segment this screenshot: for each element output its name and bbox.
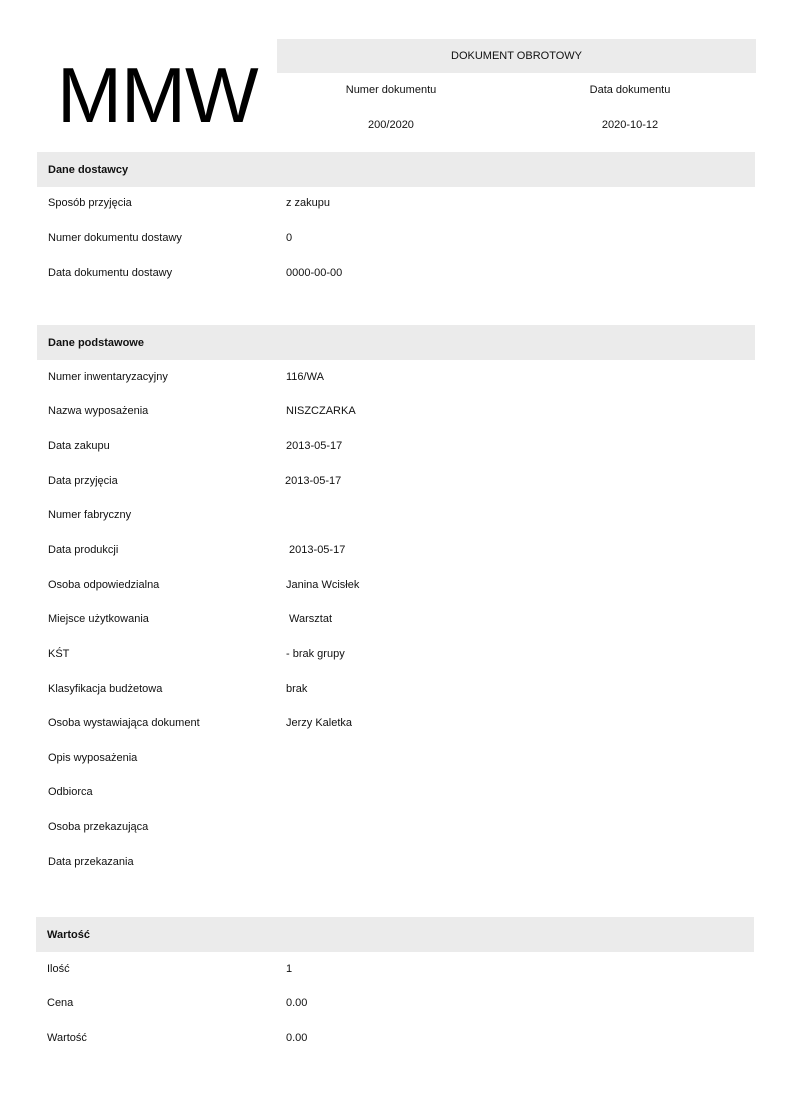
field-label: Osoba przekazująca	[48, 821, 148, 833]
field-value: 2013-05-17	[286, 544, 345, 556]
field-value: 0.00	[286, 1032, 307, 1044]
field-value: 2013-05-17	[286, 440, 342, 452]
field-row: Data przyjęcia2013-05-17	[48, 475, 748, 489]
field-label: Numer inwentaryzacyjny	[48, 371, 168, 383]
document-type-title: DOKUMENT OBROTOWY	[451, 50, 582, 62]
field-row: Osoba odpowiedzialnaJanina Wcisłek	[48, 579, 748, 593]
field-row: Osoba przekazująca	[48, 821, 748, 835]
section-value-header: Wartość	[36, 917, 754, 952]
field-label: Opis wyposażenia	[48, 752, 137, 764]
field-label: Data przyjęcia	[48, 475, 118, 487]
field-row: Sposób przyjęciaz zakupu	[48, 197, 748, 211]
field-row: Opis wyposażenia	[48, 752, 748, 766]
field-label: Miejsce użytkowania	[48, 613, 149, 625]
field-row: Data produkcji 2013-05-17	[48, 544, 748, 558]
field-label: Cena	[47, 997, 73, 1009]
field-value: 0000-00-00	[286, 267, 342, 279]
company-logo: MMW	[57, 52, 258, 138]
field-label: Wartość	[47, 1032, 87, 1044]
field-label: Data produkcji	[48, 544, 118, 556]
field-row: Wartość0.00	[47, 1032, 747, 1046]
field-row: Odbiorca	[48, 786, 748, 800]
field-row: Numer dokumentu dostawy0	[48, 232, 748, 246]
field-label: Sposób przyjęcia	[48, 197, 132, 209]
field-label: Osoba odpowiedzialna	[48, 579, 159, 591]
field-row: Ilość1	[47, 963, 747, 977]
field-label: Klasyfikacja budżetowa	[48, 683, 162, 695]
field-value: 0	[286, 232, 292, 244]
field-row: Data dokumentu dostawy0000-00-00	[48, 267, 748, 281]
field-value: 0.00	[286, 997, 307, 1009]
field-value: Jerzy Kaletka	[286, 717, 352, 729]
document-number-value: 200/2020	[271, 119, 511, 131]
field-label: Osoba wystawiająca dokument	[48, 717, 200, 729]
field-value: 116/WA	[286, 371, 324, 383]
field-row: Numer inwentaryzacyjny116/WA	[48, 371, 748, 385]
section-basic-data-header: Dane podstawowe	[37, 325, 755, 360]
document-date-value: 2020-10-12	[510, 119, 750, 131]
field-value: Janina Wcisłek	[286, 579, 359, 591]
field-value: 2013-05-17	[285, 475, 341, 487]
field-row: Miejsce użytkowania Warsztat	[48, 613, 748, 627]
field-label: Data dokumentu dostawy	[48, 267, 172, 279]
field-value: - brak grupy	[286, 648, 345, 660]
field-value: NISZCZARKA	[286, 405, 356, 417]
field-label: Numer dokumentu dostawy	[48, 232, 182, 244]
field-row: Numer fabryczny	[48, 509, 748, 523]
field-row: Nazwa wyposażeniaNISZCZARKA	[48, 405, 748, 419]
document-type-header: DOKUMENT OBROTOWY	[277, 39, 756, 73]
field-label: KŚT	[48, 648, 69, 660]
field-value: 1	[286, 963, 292, 975]
field-label: Numer fabryczny	[48, 509, 131, 521]
field-row: Klasyfikacja budżetowabrak	[48, 683, 748, 697]
field-row: Data zakupu2013-05-17	[48, 440, 748, 454]
field-row: KŚT- brak grupy	[48, 648, 748, 662]
document-date-label: Data dokumentu	[510, 84, 750, 96]
field-label: Odbiorca	[48, 786, 93, 798]
field-row: Cena0.00	[47, 997, 747, 1011]
field-value: brak	[286, 683, 307, 695]
field-label: Ilość	[47, 963, 70, 975]
section-supplier-header: Dane dostawcy	[37, 152, 755, 187]
document-number-label: Numer dokumentu	[271, 84, 511, 96]
field-label: Data zakupu	[48, 440, 110, 452]
field-value: Warsztat	[286, 613, 332, 625]
field-label: Data przekazania	[48, 856, 134, 868]
field-row: Data przekazania	[48, 856, 748, 870]
field-label: Nazwa wyposażenia	[48, 405, 148, 417]
field-row: Osoba wystawiająca dokumentJerzy Kaletka	[48, 717, 748, 731]
field-value: z zakupu	[286, 197, 330, 209]
